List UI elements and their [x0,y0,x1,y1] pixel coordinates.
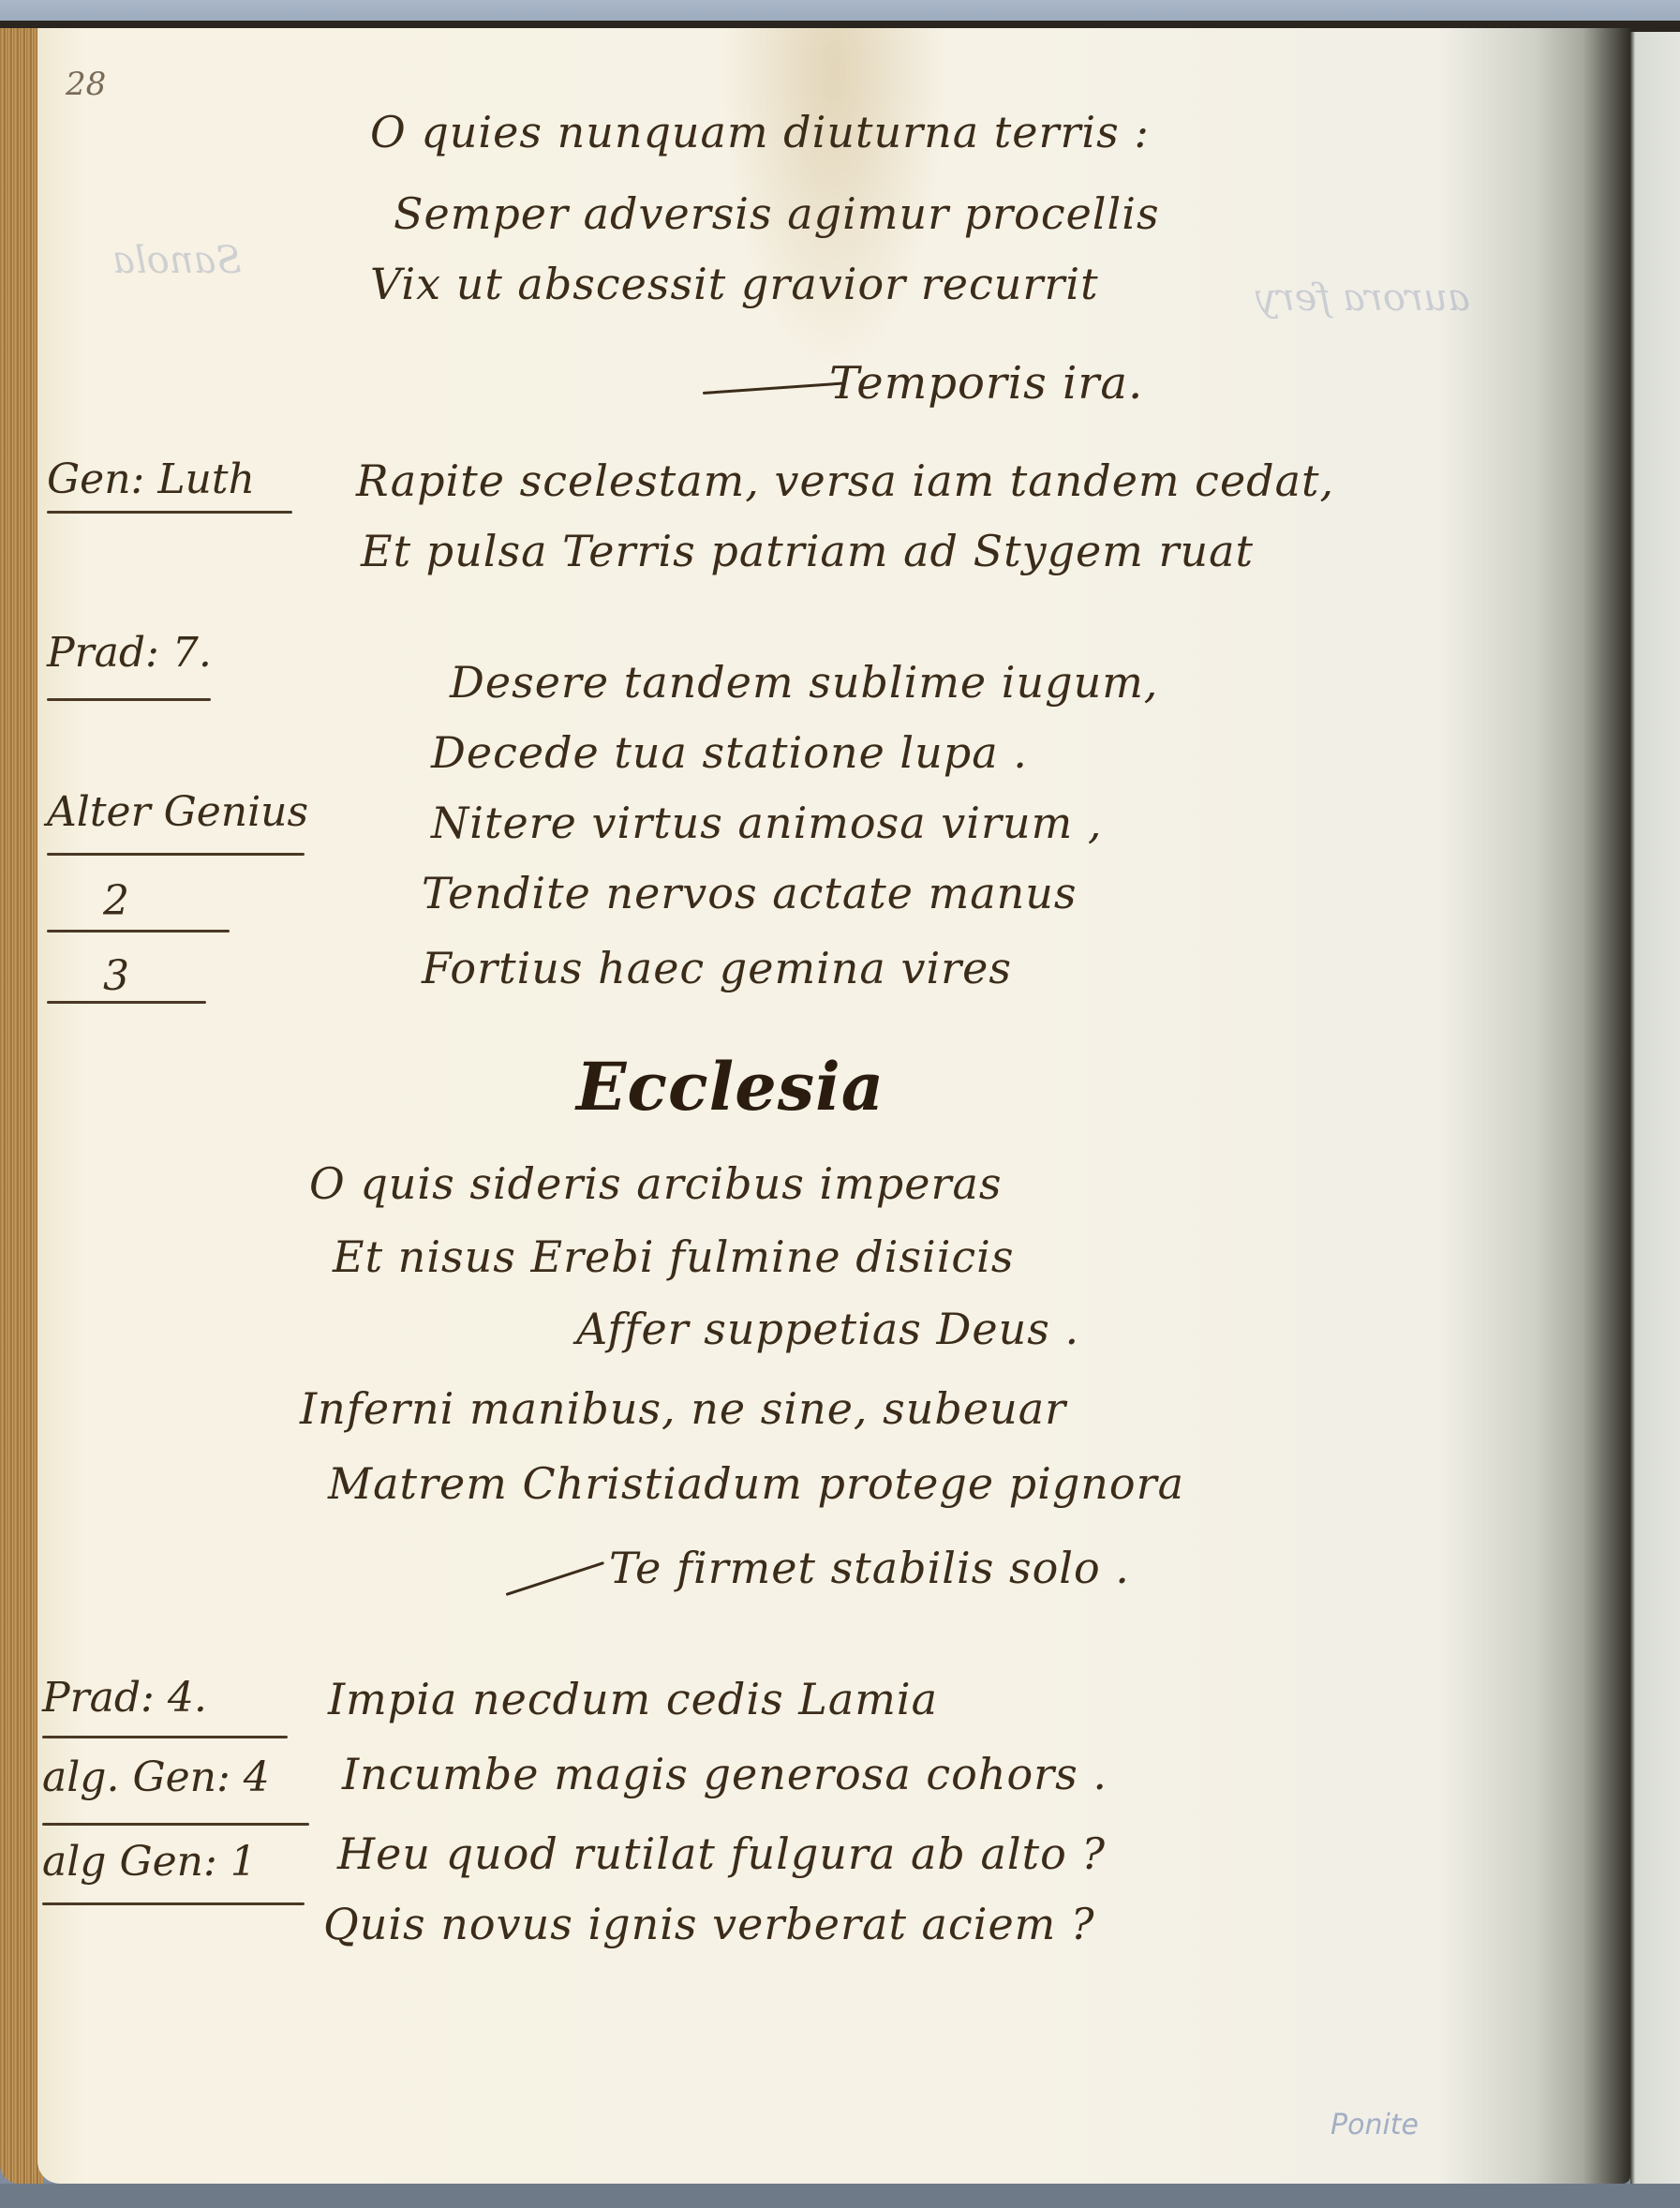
verse-line: Et pulsa Terris patriam ad Stygem ruat [361,530,1254,573]
verse-line: Quis novus ignis verberat aciem ? [323,1902,1095,1946]
verse-line: Vix ut abscessit gravior recurrit [370,262,1099,306]
verse-line: Affer suppetias Deus . [576,1307,1079,1350]
margin-rule [47,698,211,701]
verse-line: Impia necdum cedis Lamia [328,1678,938,1721]
verse-line: Semper adversis agimur procellis [394,192,1160,235]
verse-line: Inferni manibus, ne sine, subeuar [300,1387,1066,1430]
verse-line: O quis sideris arcibus imperas [309,1162,1002,1205]
verse-line: Decede tua statione lupa . [431,731,1028,774]
margin-rule [42,1736,288,1738]
section-heading: Temporis ira. [829,361,1143,406]
margin-speaker-label: alg. Gen: 4 [42,1757,270,1798]
verse-line: Desere tandem sublime iugum, [450,661,1158,704]
margin-rule [47,511,292,514]
verse-line: Et nisus Erebi fulmine disiicis [333,1235,1015,1278]
margin-speaker-label: alg Gen: 1 [42,1842,257,1883]
margin-speaker-label: Alter Genius [47,792,308,833]
verse-line: Incumbe magis generosa cohors . [342,1753,1108,1796]
margin-rule [47,930,230,932]
verse-line: Heu quod rutilat fulgura ab alto ? [337,1832,1106,1875]
margin-speaker-label: Prad: 7. [47,633,212,674]
verse-line: Nitere virtus animosa virum , [431,801,1102,844]
bottom-shadow [0,2184,1680,2208]
margin-rule [47,1001,206,1004]
margin-number: 3 [103,956,129,997]
margin-rule [42,1902,305,1905]
margin-number: 2 [103,881,129,922]
folio-number: 28 [66,66,106,103]
section-heading: Ecclesia [576,1054,885,1120]
facing-page-edge [1630,32,1680,2184]
margin-speaker-label: Gen: Luth [47,459,255,500]
verse-line: O quies nunquam diuturna terris : [370,111,1150,154]
verse-line: Fortius haec gemina vires [422,947,1012,990]
verse-line: Rapite scelestam, versa iam tandem cedat… [356,459,1334,502]
margin-rule [47,853,305,856]
verse-line: Matrem Christiadum protege pignora [328,1462,1184,1505]
pencil-annotation: Ponite [1331,2109,1419,2141]
verse-line: Tendite nervos actate manus [422,872,1078,915]
margin-speaker-label: Prad: 4. [42,1678,207,1719]
verse-line: Te firmet stabilis solo . [609,1546,1130,1589]
margin-rule [42,1823,309,1826]
